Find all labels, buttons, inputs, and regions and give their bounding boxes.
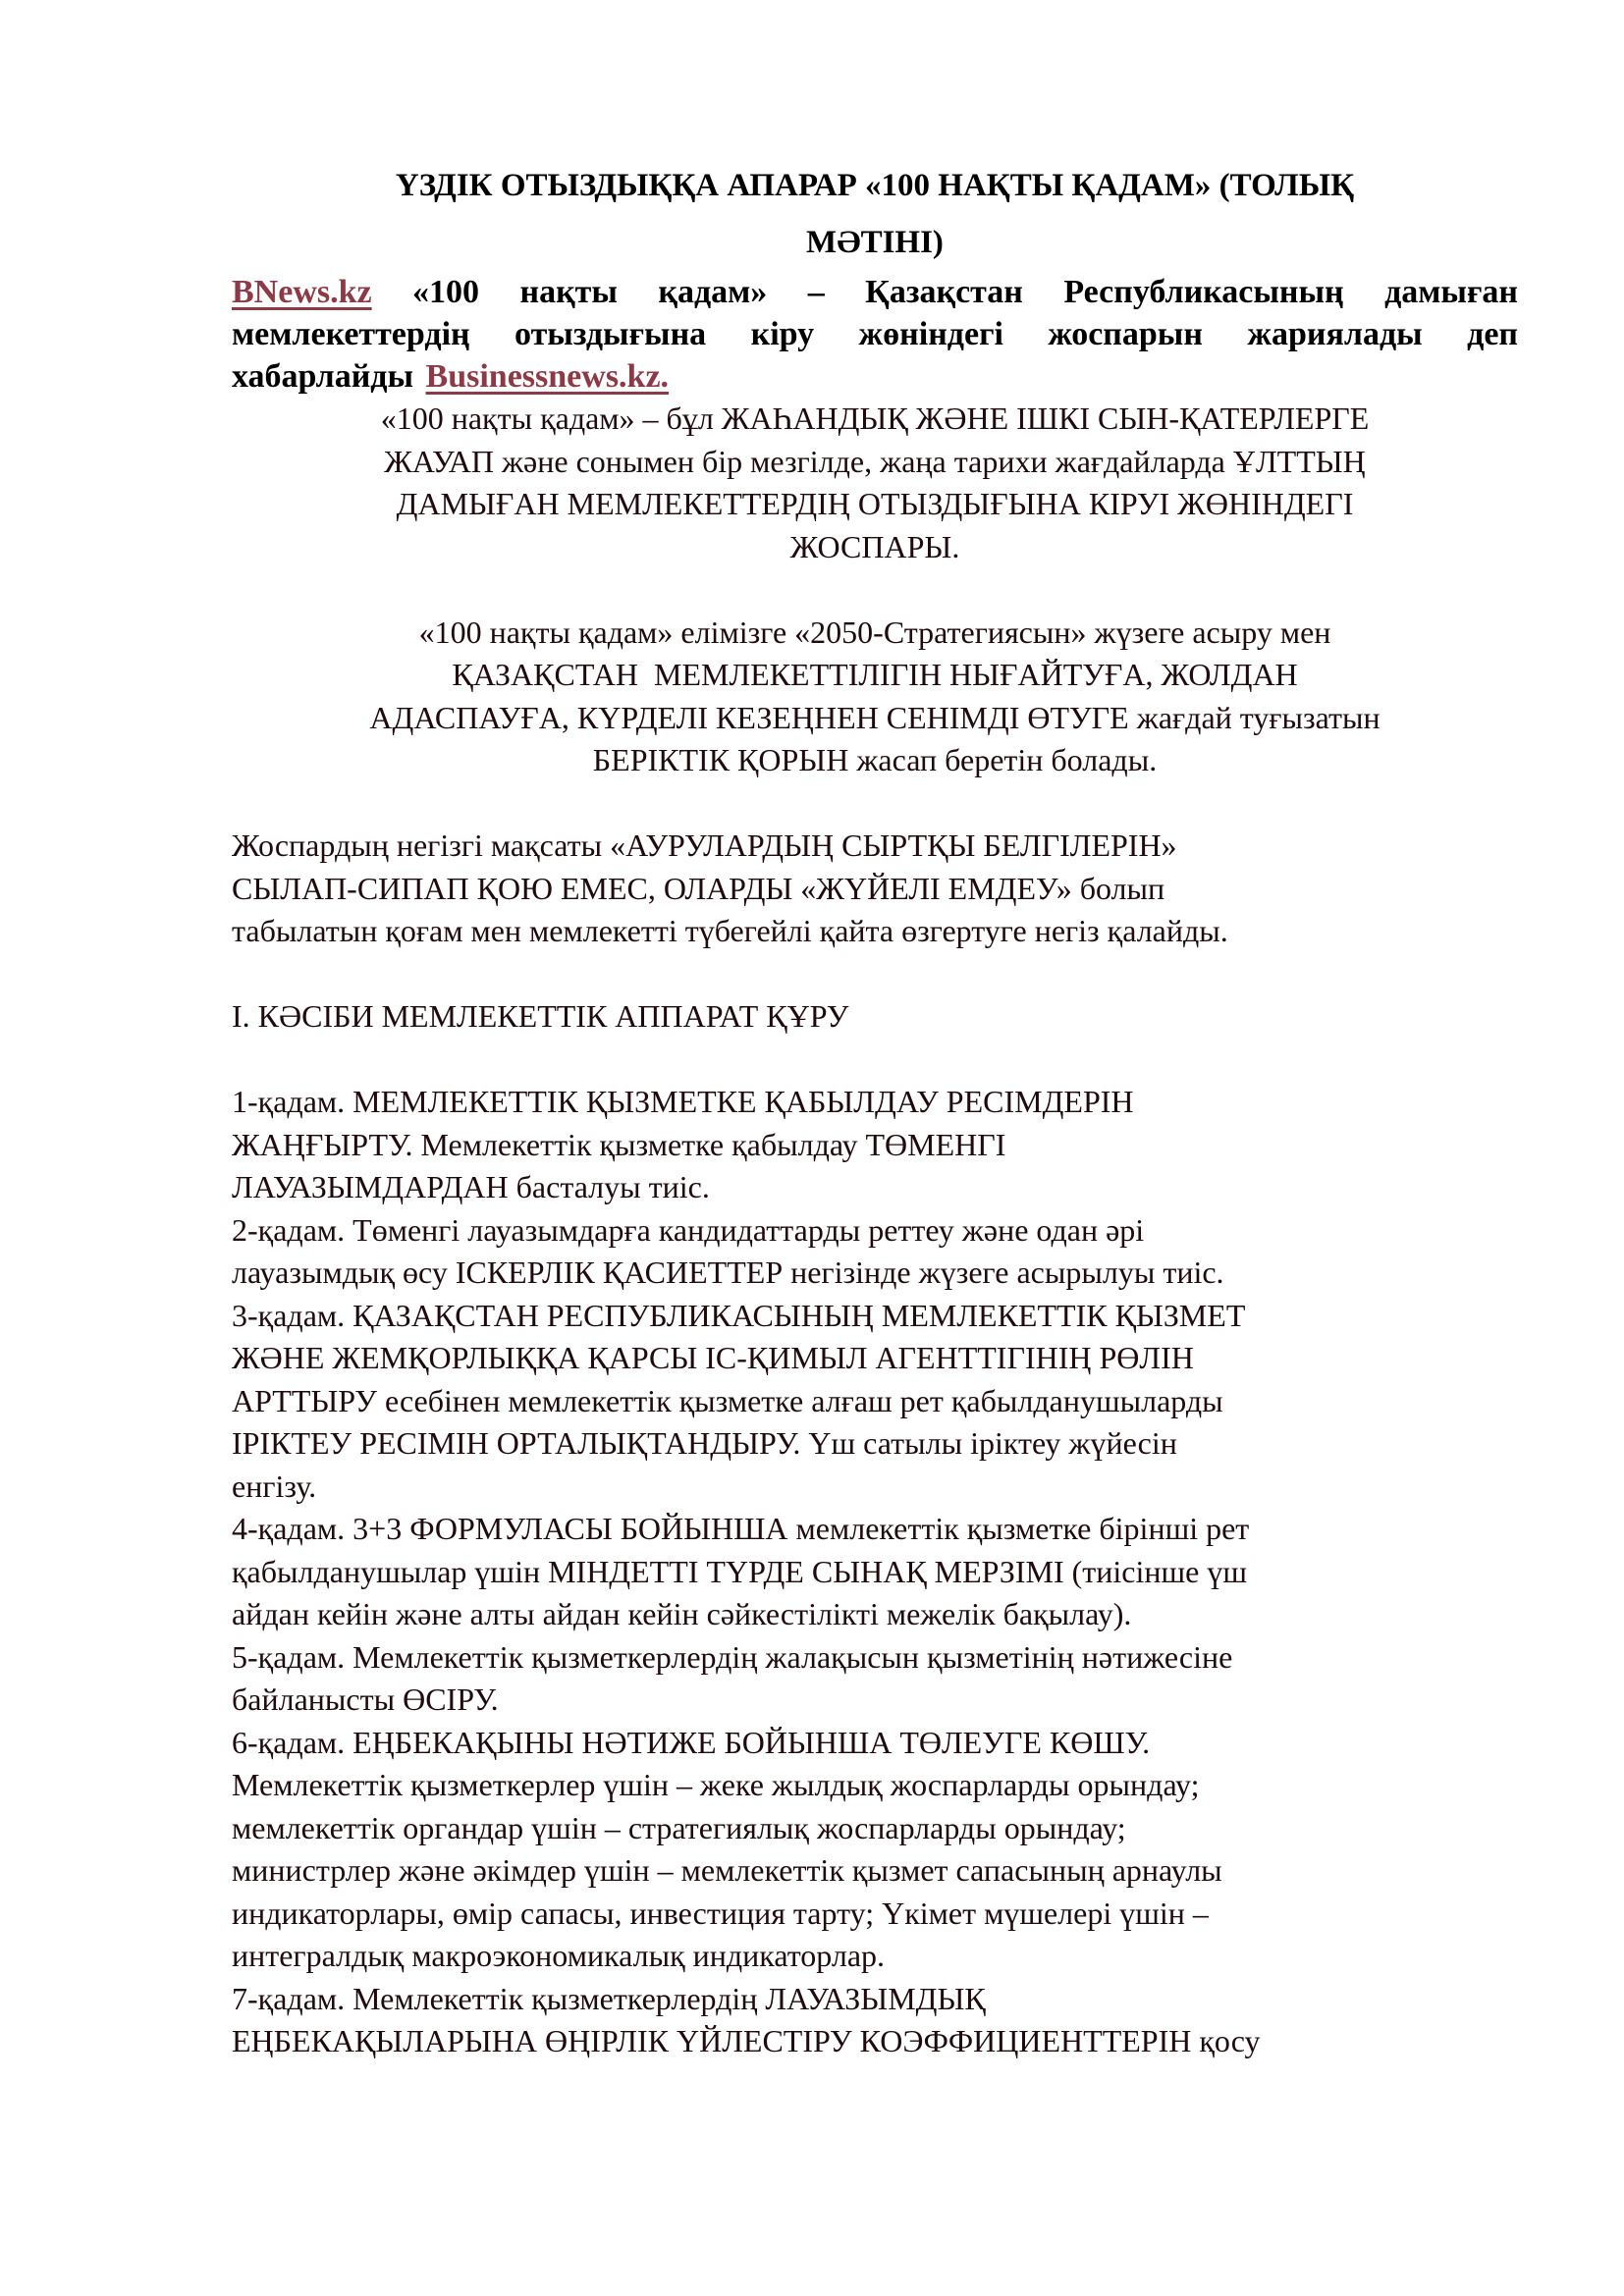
strategy-line: АДАСПАУҒА, КҮРДЕЛІ КЕЗЕҢНЕН СЕНІМДІ ӨТУГ… bbox=[232, 697, 1518, 740]
strategy-line: БЕРІКТІК ҚОРЫН жасап беретін болады. bbox=[232, 739, 1518, 782]
step-line: министрлер және әкімдер үшін – мемлекетт… bbox=[232, 1849, 1518, 1893]
intro-line: «100 нақты қадам» – бұл ЖАҺАНДЫҚ ЖӘНЕ ІШ… bbox=[232, 398, 1518, 441]
spacer bbox=[232, 953, 1518, 996]
intro-block: «100 нақты қадам» – бұл ЖАҺАНДЫҚ ЖӘНЕ ІШ… bbox=[232, 398, 1518, 568]
step-line: 3-қадам. ҚАЗАҚСТАН РЕСПУБЛИКАСЫНЫҢ МЕМЛЕ… bbox=[232, 1295, 1518, 1338]
source-link-businessnews[interactable]: Businessnews.kz. bbox=[426, 358, 670, 395]
step-line: ІРІКТЕУ РЕСІМІН ОРТАЛЫҚТАНДЫРУ. Үш сатыл… bbox=[232, 1422, 1518, 1466]
document-title: ҮЗДІК ОТЫЗДЫҚҚА АПАРАР «100 НАҚТЫ ҚАДАМ»… bbox=[232, 157, 1518, 271]
step-line: 1-қадам. МЕМЛЕКЕТТІК ҚЫЗМЕТКЕ ҚАБЫЛДАУ Р… bbox=[232, 1081, 1518, 1124]
step-line: интегралдық макроэкономикалық индикаторл… bbox=[232, 1935, 1518, 1978]
goal-line: Жоспардың негізгі мақсаты «АУРУЛАРДЫҢ СЫ… bbox=[232, 825, 1518, 868]
document-page: ҮЗДІК ОТЫЗДЫҚҚА АПАРАР «100 НАҚТЫ ҚАДАМ»… bbox=[232, 157, 1518, 2063]
step-line: ЛАУАЗЫМДАРДАН басталуы тиіс. bbox=[232, 1166, 1518, 1209]
step-line: байланысты ӨСІРУ. bbox=[232, 1679, 1518, 1722]
goal-line: СЫЛАП-СИПАП ҚОЮ ЕМЕС, ОЛАРДЫ «ЖҮЙЕЛІ ЕМД… bbox=[232, 868, 1518, 911]
step-line: ЖАҢҒЫРТУ. Мемлекеттік қызметке қабылдау … bbox=[232, 1124, 1518, 1167]
lead-paragraph: BNews.kz «100 нақты қадам» – Қазақстан Р… bbox=[232, 271, 1518, 398]
spacer bbox=[232, 782, 1518, 826]
intro-line: ЖОСПАРЫ. bbox=[232, 526, 1518, 569]
step-line: 2-қадам. Төменгі лауазымдарға кандидатта… bbox=[232, 1209, 1518, 1253]
intro-line: ДАМЫҒАН МЕМЛЕКЕТТЕРДІҢ ОТЫЗДЫҒЫНА КІРУІ … bbox=[232, 483, 1518, 526]
step-line: АРТТЫРУ есебінен мемлекеттік қызметке ал… bbox=[232, 1380, 1518, 1423]
step-line: ЖӘНЕ ЖЕМҚОРЛЫҚҚА ҚАРСЫ ІС-ҚИМЫЛ АГЕНТТІГ… bbox=[232, 1337, 1518, 1380]
step-line: лауазымдық өсу ІСКЕРЛІК ҚАСИЕТТЕР негізі… bbox=[232, 1252, 1518, 1295]
step-line: Мемлекеттік қызметкерлер үшін – жеке жыл… bbox=[232, 1764, 1518, 1807]
step-line: 6-қадам. ЕҢБЕКАҚЫНЫ НӘТИЖЕ БОЙЫНША ТӨЛЕУ… bbox=[232, 1722, 1518, 1765]
step-line: мемлекеттік органдар үшін – стратегиялық… bbox=[232, 1807, 1518, 1850]
step-line: енгізу. bbox=[232, 1466, 1518, 1509]
strategy-line: ҚАЗАҚСТАН МЕМЛЕКЕТТІЛІГІН НЫҒАЙТУҒА, ЖОЛ… bbox=[232, 654, 1518, 697]
step-line: ЕҢБЕКАҚЫЛАРЫНА ӨҢІРЛІК ҮЙЛЕСТІРУ КОЭФФИЦ… bbox=[232, 2020, 1518, 2063]
spacer bbox=[232, 1039, 1518, 1082]
lead-text: «100 нақты қадам» – Қазақстан Республика… bbox=[232, 274, 1518, 395]
section-heading: I. КӘСІБИ МЕМЛЕКЕТТІК АППАРАТ ҚҰРУ bbox=[232, 995, 1518, 1039]
spacer bbox=[232, 568, 1518, 612]
step-line: қабылданушылар үшін МІНДЕТТІ ТҮРДЕ СЫНАҚ… bbox=[232, 1551, 1518, 1594]
goal-line: табылатын қоғам мен мемлекетті түбегейлі… bbox=[232, 910, 1518, 953]
goal-block: Жоспардың негізгі мақсаты «АУРУЛАРДЫҢ СЫ… bbox=[232, 825, 1518, 953]
intro-line: ЖАУАП және сонымен бір мезгілде, жаңа та… bbox=[232, 441, 1518, 484]
step-line: 7-қадам. Мемлекеттік қызметкерлердің ЛАУ… bbox=[232, 1978, 1518, 2021]
strategy-line: «100 нақты қадам» елімізге «2050-Стратег… bbox=[232, 612, 1518, 655]
step-line: 4-қадам. 3+3 ФОРМУЛАСЫ БОЙЫНША мемлекетт… bbox=[232, 1508, 1518, 1551]
strategy-block: «100 нақты қадам» елімізге «2050-Стратег… bbox=[232, 612, 1518, 782]
step-line: 5-қадам. Мемлекеттік қызметкерлердің жал… bbox=[232, 1636, 1518, 1680]
step-line: индикаторлары, өмір сапасы, инвестиция т… bbox=[232, 1893, 1518, 1936]
step-line: айдан кейін және алты айдан кейін сәйкес… bbox=[232, 1593, 1518, 1636]
source-link-bnews[interactable]: BNews.kz bbox=[232, 274, 372, 310]
title-line-2: МӘТІНІ) bbox=[806, 225, 944, 260]
title-line-1: ҮЗДІК ОТЫЗДЫҚҚА АПАРАР «100 НАҚТЫ ҚАДАМ»… bbox=[396, 168, 1354, 203]
steps-list: 1-қадам. МЕМЛЕКЕТТІК ҚЫЗМЕТКЕ ҚАБЫЛДАУ Р… bbox=[232, 1081, 1518, 2063]
